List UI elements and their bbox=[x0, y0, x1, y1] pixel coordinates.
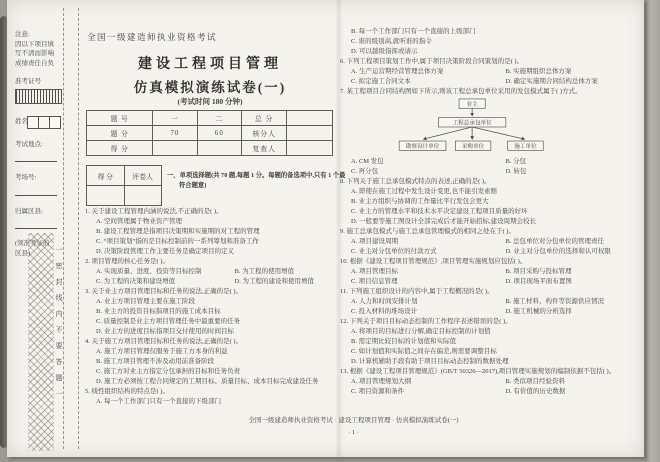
option: A. 项目管理目标 bbox=[351, 267, 505, 277]
option: D. 业主方的进度目标指项目交付使用的时间目标 bbox=[85, 327, 339, 337]
option: C. 项目信息管理 bbox=[351, 277, 505, 287]
score-cell bbox=[287, 141, 333, 156]
option: C. 再分包 bbox=[351, 167, 505, 177]
option: D. 有价值的历史数据 bbox=[505, 387, 622, 397]
write-in-line bbox=[15, 189, 57, 196]
name-cell bbox=[49, 116, 61, 129]
exam-subtitle: 仿真模拟演练试卷(一) bbox=[85, 76, 335, 96]
option: B. 业主方的投资目标指项目的施工成本目标 bbox=[85, 307, 339, 317]
questions-column-right: B. 每一个工作部门只有一个直接的上级部门C. 谁的级别高,就听谁的指令D. 可… bbox=[340, 27, 622, 397]
score-cell: 一 bbox=[153, 111, 197, 126]
option: C. 为工程的决策和建设增值 bbox=[96, 277, 235, 287]
score-cell: 70 bbox=[153, 126, 197, 141]
option: B. 项目采购与投标管理 bbox=[505, 267, 622, 277]
option: D. 为工程的建设和使用增值 bbox=[235, 277, 340, 287]
exam-location-label: 考试地点: bbox=[15, 140, 68, 150]
grader-name-label: 评卷人 bbox=[124, 166, 162, 186]
option: C. 业主对分包单位的付款方式 bbox=[351, 247, 505, 257]
option: D. 项目现场平面布置图 bbox=[505, 277, 622, 287]
question-stem: 3. 关于业主方项目管理目标和任务的说法,正确的是( )。 bbox=[85, 287, 339, 297]
option-row: A. 人力和时间安排计划B. 施工材料、构件等资源供应情况 bbox=[340, 297, 622, 307]
grader-box: 得 分 评卷人 bbox=[86, 165, 162, 206]
diagram-box-survey-design-unit: 勘察设计单位 bbox=[405, 142, 439, 150]
score-cell bbox=[153, 141, 197, 156]
option: A. 业主方项目管理主要在施工阶段 bbox=[85, 297, 339, 307]
diagram-box-general-contractor: 工程总承包单位 bbox=[452, 119, 492, 127]
score-table: 题 号 一 二 总 分 题 分 70 60 核分人 得 分 复查人 bbox=[86, 110, 333, 156]
question-stem: 5. 线性组织结构的特点是( )。 bbox=[85, 387, 339, 397]
exam-paper: 注意: 因以下项目填 写不清而影响 成绩责任自负 准考证号 姓名 考试地点: 考… bbox=[7, 0, 644, 457]
option: A. 人力和时间安排计划 bbox=[351, 297, 505, 307]
footer-text: 全国一级建造师执业资格考试 · 建设工程项目管理 · 仿真模拟演练试卷(一) bbox=[85, 415, 622, 424]
page-number: · 1 · bbox=[85, 429, 622, 436]
option: A. 即使在施工过程中发生设计变更,也不能引发索赔 bbox=[340, 187, 622, 197]
admission-number-label: 准考证号 bbox=[15, 77, 68, 87]
option-row: A. 项目管理目标B. 项目采购与投标管理 bbox=[340, 267, 622, 277]
write-in-line bbox=[15, 155, 57, 162]
scanned-exam-page: 注意: 因以下项目填 写不清而影响 成绩责任自负 准考证号 姓名 考试地点: 考… bbox=[0, 0, 660, 462]
score-cell bbox=[197, 141, 241, 156]
option-row: A. 项目建设周期B. 总包单位对分包单位的管理责任 bbox=[340, 237, 622, 247]
option: B. 施工材料、构件等资源供应情况 bbox=[505, 297, 622, 307]
admission-number-box bbox=[15, 89, 62, 104]
option: C. 如计划值和实际值之间存在偏差,则需要调整目标 bbox=[340, 347, 622, 357]
score-cell: 题 号 bbox=[87, 111, 153, 126]
option: A. 每一个工作部门只有一个直接的下级部门 bbox=[85, 397, 339, 407]
question-stem: 4. 关于施工方项目管理目标和任务的说法,正确的是( )。 bbox=[85, 337, 339, 347]
option: A. 实现质量、进度、投资等目标控制 bbox=[96, 267, 235, 277]
option: A. 将项目的目标进行分解,确定目标控制的计划值 bbox=[340, 327, 622, 337]
option: C. 谁的级别高,就听谁的指令 bbox=[340, 37, 622, 47]
grader-name-blank bbox=[124, 186, 162, 206]
option: A. CM 发包 bbox=[351, 157, 505, 167]
question-stem: 2. 项目管理的核心任务是( )。 bbox=[85, 257, 339, 267]
option: D. 计算机辅助手段有助于项目目标动态控制的数据处理 bbox=[340, 357, 622, 367]
option-row: A. 实现质量、进度、投资等目标控制B. 为工程的使用增值 bbox=[85, 267, 339, 277]
option: C. 拟定施工合同文本 bbox=[351, 77, 505, 87]
option: B. 需定期比较目标的计划值和实际值 bbox=[340, 337, 622, 347]
notice-line: 成绩责任自负 bbox=[15, 59, 68, 69]
question-stem: 7. 某工程项目合同结构图如下所示,则该工程总承包单位采用的发包模式属于( )方… bbox=[340, 87, 622, 97]
option: C. 施工方对业主方指定分包承担的目标和任务负责 bbox=[85, 367, 339, 377]
question-stem: 12. 下列关于项目目标动态控制的工作程序表述错误的是( )。 bbox=[340, 317, 622, 327]
option: D. 业主对分包单位的选择和认可权限 bbox=[505, 247, 622, 257]
option-row: A. 生产运营期经营管理总体方案B. 实施期组织总体方案 bbox=[340, 67, 622, 77]
option-row: C. 再分包D. 转包 bbox=[340, 167, 622, 177]
option: B. 分包 bbox=[505, 157, 622, 167]
option-row: C. 拟定施工合同文本D. 确定实施期合同结构总体方案 bbox=[340, 77, 622, 87]
option: A. 项目建设周期 bbox=[351, 237, 505, 247]
option: A. 生产运营期经营管理总体方案 bbox=[351, 67, 505, 77]
score-cell bbox=[287, 111, 333, 126]
question-stem: 13. 根据《建设工程项目管理规范》(GB/T 50326—2017),项目管理… bbox=[340, 367, 622, 377]
score-cell: 总 分 bbox=[241, 111, 287, 126]
option: B. 实施期组织总体方案 bbox=[505, 67, 622, 77]
score-cell: 二 bbox=[197, 111, 241, 126]
page-edge bbox=[645, 0, 660, 462]
notice-line: 写不清而影响 bbox=[15, 49, 68, 59]
option-row: A. CM 发包B. 分包 bbox=[340, 157, 622, 167]
score-cell: 核分人 bbox=[241, 126, 287, 141]
option-row: A. 项目管理规划大纲B. 类似项目经验资料 bbox=[340, 377, 622, 387]
option: D. 施工机械的分析选择 bbox=[505, 307, 622, 317]
option: A. 空间管理属于物业资产管理 bbox=[85, 217, 339, 227]
option: A. 项目管理规划大纲 bbox=[351, 377, 505, 387]
option-row: C. 投入材料的堆场设计D. 施工机械的分析选择 bbox=[340, 307, 622, 317]
option: B. 业主方组织与协调的工作量比平行发包会更大 bbox=[340, 197, 622, 207]
option: C. 业主方的管理水平和技术水平决定建设工程项目质量的好坏 bbox=[340, 207, 622, 217]
question-stem: 10. 根据《建设工程项目管理规范》,项目管理实施规划应包括( )。 bbox=[340, 257, 622, 267]
option: A. 施工方项目管理仅服务于施工方本身的利益 bbox=[85, 347, 339, 357]
contract-structure-diagram: 业主 工程总承包单位 勘察设计单位 采购单位 施工单位 bbox=[340, 98, 622, 156]
name-field: 姓名 bbox=[15, 116, 68, 129]
questions-column-left: 1. 关于建设工程管理内涵的说法,不正确的是( )。A. 空间管理属于物业资产管… bbox=[85, 207, 339, 407]
option-row: C. 项目信息管理D. 项目现场平面布置图 bbox=[340, 277, 622, 287]
district-label: 归属区县: bbox=[15, 207, 68, 217]
score-cell: 得 分 bbox=[87, 141, 153, 156]
diagram-box-construction-unit: 施工单位 bbox=[514, 142, 537, 150]
option: B. 建设工程管理是指项目决策期和实施期的对工程的管理 bbox=[85, 227, 339, 237]
option: D. 一般要等施工图设计全部完成后才能开始招标,建设周期会较长 bbox=[340, 217, 622, 227]
option: D. 转包 bbox=[505, 167, 622, 177]
exam-header: 全国一级建造师执业资格考试 bbox=[87, 31, 217, 43]
section-1-heading: 一、单项选择题(共 70 题,每题 1 分。每题的备选项中,只有 1 个最符合题… bbox=[167, 171, 351, 191]
option: C. 质量控制是业主方项目管理任务中最重要的任务 bbox=[85, 317, 339, 327]
exam-room-label: 考场号: bbox=[15, 173, 68, 183]
score-cell bbox=[287, 126, 333, 141]
notice-line: 因以下项目填 bbox=[15, 40, 68, 50]
option: D. 确定实施期合同结构总体方案 bbox=[505, 77, 622, 87]
score-cell: 题 分 bbox=[87, 126, 153, 141]
grader-score-label: 得 分 bbox=[87, 166, 125, 186]
option: B. 总包单位对分包单位的管理责任 bbox=[505, 237, 622, 247]
diagram-box-procurement-unit: 采购单位 bbox=[461, 142, 484, 150]
option-row: C. 项目资源和条件D. 有价值的历史数据 bbox=[340, 387, 622, 397]
question-stem: 11. 下列施工组织设计的内容中,属于工程概况的是( )。 bbox=[340, 287, 622, 297]
question-stem: 6. 下列工程项目策划工作中,属于项目决策阶段合同策划的是( )。 bbox=[340, 57, 622, 67]
notice-title: 注意: bbox=[15, 30, 68, 40]
option: C. 投入材料的堆场设计 bbox=[351, 307, 505, 317]
score-cell: 复查人 bbox=[241, 141, 287, 156]
option: D. 施工方必须按工程合同规定的工期目标、质量目标、成本目标完成建设任务 bbox=[85, 377, 339, 387]
seal-divider-line bbox=[78, 8, 79, 449]
option: B. 为工程的使用增值 bbox=[235, 267, 340, 277]
grader-score-blank bbox=[87, 186, 125, 206]
option: D. 可以越级指挥或请示 bbox=[340, 47, 622, 57]
question-stem: 9. 施工总承包模式与施工总承包管理模式的相同之处在于( )。 bbox=[340, 227, 622, 237]
option: B. 类似项目经验资料 bbox=[505, 377, 622, 387]
option: C. “项目策划”指的是目标控制前的一系列筹划和准备工作 bbox=[85, 237, 339, 247]
seal-line-text: 一密封线内不要答题一 bbox=[54, 246, 64, 406]
option-row: C. 业主对分包单位的付款方式D. 业主对分包单位的选择和认可权限 bbox=[340, 247, 622, 257]
score-cell: 60 bbox=[197, 126, 241, 141]
option: C. 项目资源和条件 bbox=[351, 387, 505, 397]
option: B. 施工方项目管理不涉及动用前准备阶段 bbox=[85, 357, 339, 367]
question-stem: 1. 关于建设工程管理内涵的说法,不正确的是( )。 bbox=[85, 207, 339, 217]
seal-margin: 注意: 因以下项目填 写不清而影响 成绩责任自负 准考证号 姓名 考试地点: 考… bbox=[10, 30, 68, 258]
option: D. 决策阶段管理工作主要任务是确定项目的定义 bbox=[85, 247, 339, 257]
option-row: C. 为工程的决策和建设增值D. 为工程的建设和使用增值 bbox=[85, 277, 339, 287]
diagram-box-owner: 业主 bbox=[466, 100, 478, 108]
page-title: 建设工程项目管理 bbox=[85, 53, 335, 73]
time-note: (考试时间 180 分钟) bbox=[85, 96, 335, 107]
option: B. 每一个工作部门只有一个直接的上级部门 bbox=[340, 27, 622, 37]
crosshatch-pattern bbox=[28, 233, 54, 451]
question-stem: 8. 下列关于施工总承包模式特点的表述,正确的是( )。 bbox=[340, 177, 622, 187]
write-in-line bbox=[15, 222, 57, 229]
